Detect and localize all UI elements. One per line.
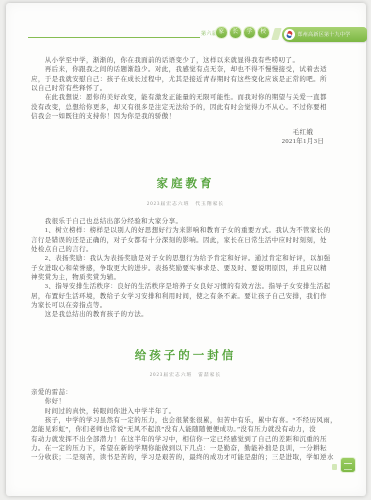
text-line: 有动力就发挥不出全部潜力！在这半年的学习中，相信你一定已经感觉到了自己的差距和沉… — [31, 435, 341, 444]
text-line: 为家长可以在旁指点等。 — [31, 301, 341, 310]
section-subtitle: 2023届宏志六班 代玉翔家长 — [0, 200, 371, 207]
family-education-body: 我很乐于自己也总结出部分经验和大家分享。 1、树立榜样：榜样是以别人的好思想好行… — [31, 217, 341, 320]
text-line: 力。在一定的压力下，希望在新的学期你能做到以下几点：一是勤奋，勤能补拙是良训，一… — [31, 444, 341, 453]
letter-to-child-body: 亲爱的雷喆： 你好！ 时间过的真快，转眼间你进入中学半年了。 孩子，中学的学习虽… — [31, 388, 341, 463]
section-title-family-education: 家庭教育 — [0, 175, 371, 191]
text-line: 言行是错误的还是正确的，对子女都有十分深刻的影响。因此，家长在日常生活中应时时刻… — [31, 236, 341, 245]
circle-badge: 长 — [230, 27, 241, 38]
signature-name: 毛红娥 — [255, 128, 351, 137]
text-line: 子女进取心和荣誉感，争取更大的进步。表扬奖励要实事求是、要及时、要说明原因，并且… — [31, 264, 341, 273]
text-line: 这是我总结出的教育孩子的方法。 — [31, 310, 341, 319]
text-line: 时间过的真快，转眼间你进入中学半年了。 — [31, 407, 341, 416]
text-line: 孩子，中学的学习虽然有一定的压力，也会很紧张很累，但苦中有乐，累中有喜。“不经历… — [31, 416, 341, 425]
text-line: 再后来，你跟我之间的话题渐趋少。对此，我感觉有点无奈，却也不得不慢慢接受，试着去… — [31, 65, 341, 74]
text-line: 3、指导安排生活秩序：良好的生活秩序是培养子女良好习惯的有效方法。指导子女安排生… — [31, 282, 341, 291]
text-line: 以自己时常有些释怀了。 — [31, 84, 341, 93]
text-line: 没有改变，总想给你更多，却又有很多是注定无法给予的，因此有时会觉得力不从心。不过… — [31, 103, 341, 112]
text-line: 2、表扬奖励：我认为表扬奖励是对子女的思想行为给予肯定和好评。通过肯定和好评，以… — [31, 254, 341, 263]
text-line: 应，于是我就安慰自己：孩子在成长过程中，尤其是接近青春期时有这些变化应该是正常的… — [31, 75, 341, 84]
text-line: 居，布置好生活环境，教给子女学习安排和利用时间，使之有条不紊。要让孩子自己安排，… — [31, 292, 341, 301]
section-subtitle: 2023届宏志六班 雷喆家长 — [0, 371, 371, 378]
header-circle-badges: 家 长 学 校 — [216, 27, 269, 38]
page-number-glyphs — [344, 463, 352, 470]
text-line: 1、树立榜样：榜样是以别人的好思想好行为来影响和教育子女的重要方式。我认为不管家… — [31, 226, 341, 235]
text-line: 你好！ — [31, 397, 341, 406]
text-line: 在此我想说：愿你的美好改变，能有激发正能量的无限可能性。而我对你的期望与关爱一直… — [31, 93, 341, 102]
school-banner: 郑州高新区第十九中学 — [282, 27, 367, 42]
page-number-badge — [341, 458, 355, 472]
signature-block: 毛红娥 2021年1月3日 — [255, 128, 351, 147]
circle-badge: 家 — [216, 27, 227, 38]
section-title-letter-to-child: 给孩子的一封信 — [0, 347, 371, 363]
school-name: 郑州高新区第十九中学 — [298, 31, 351, 38]
page-badge-accent — [332, 464, 337, 470]
text-line: 信我会一如既往的支持你！因为你是我的骄傲！ — [31, 112, 341, 121]
text-line: 我很乐于自己也总结出部分经验和大家分享。 — [31, 217, 341, 226]
signature-date: 2021年1月3日 — [255, 137, 351, 146]
text-line: 处检点自己的言行。 — [31, 245, 341, 254]
text-line: 从小学至中学，渐渐的，你在我面前的话语变少了，这样以来就显得我有些唠叨了。 — [31, 56, 341, 65]
circle-badge: 学 — [244, 27, 255, 38]
header-rule — [28, 37, 200, 38]
text-line: 怎能见彩虹”，你们老师也常说“无风不起浪”没有人能随随便便成功。”没有压力就没有… — [31, 425, 341, 434]
text-line: 亲爱的雷喆： — [31, 388, 341, 397]
text-line: 一分收获；二是刻苦，读书是苦的，学习是艰苦的，最终的成功才可能是甜的；三是进取，… — [31, 453, 341, 462]
letter-continuation: 从小学至中学，渐渐的，你在我面前的话语变少了，这样以来就显得我有些唠叨了。 再后… — [31, 56, 341, 121]
circle-badge: 校 — [258, 27, 269, 38]
school-logo-icon — [284, 29, 295, 40]
text-line: 神奖赏为主，物质奖赏为辅。 — [31, 273, 341, 282]
